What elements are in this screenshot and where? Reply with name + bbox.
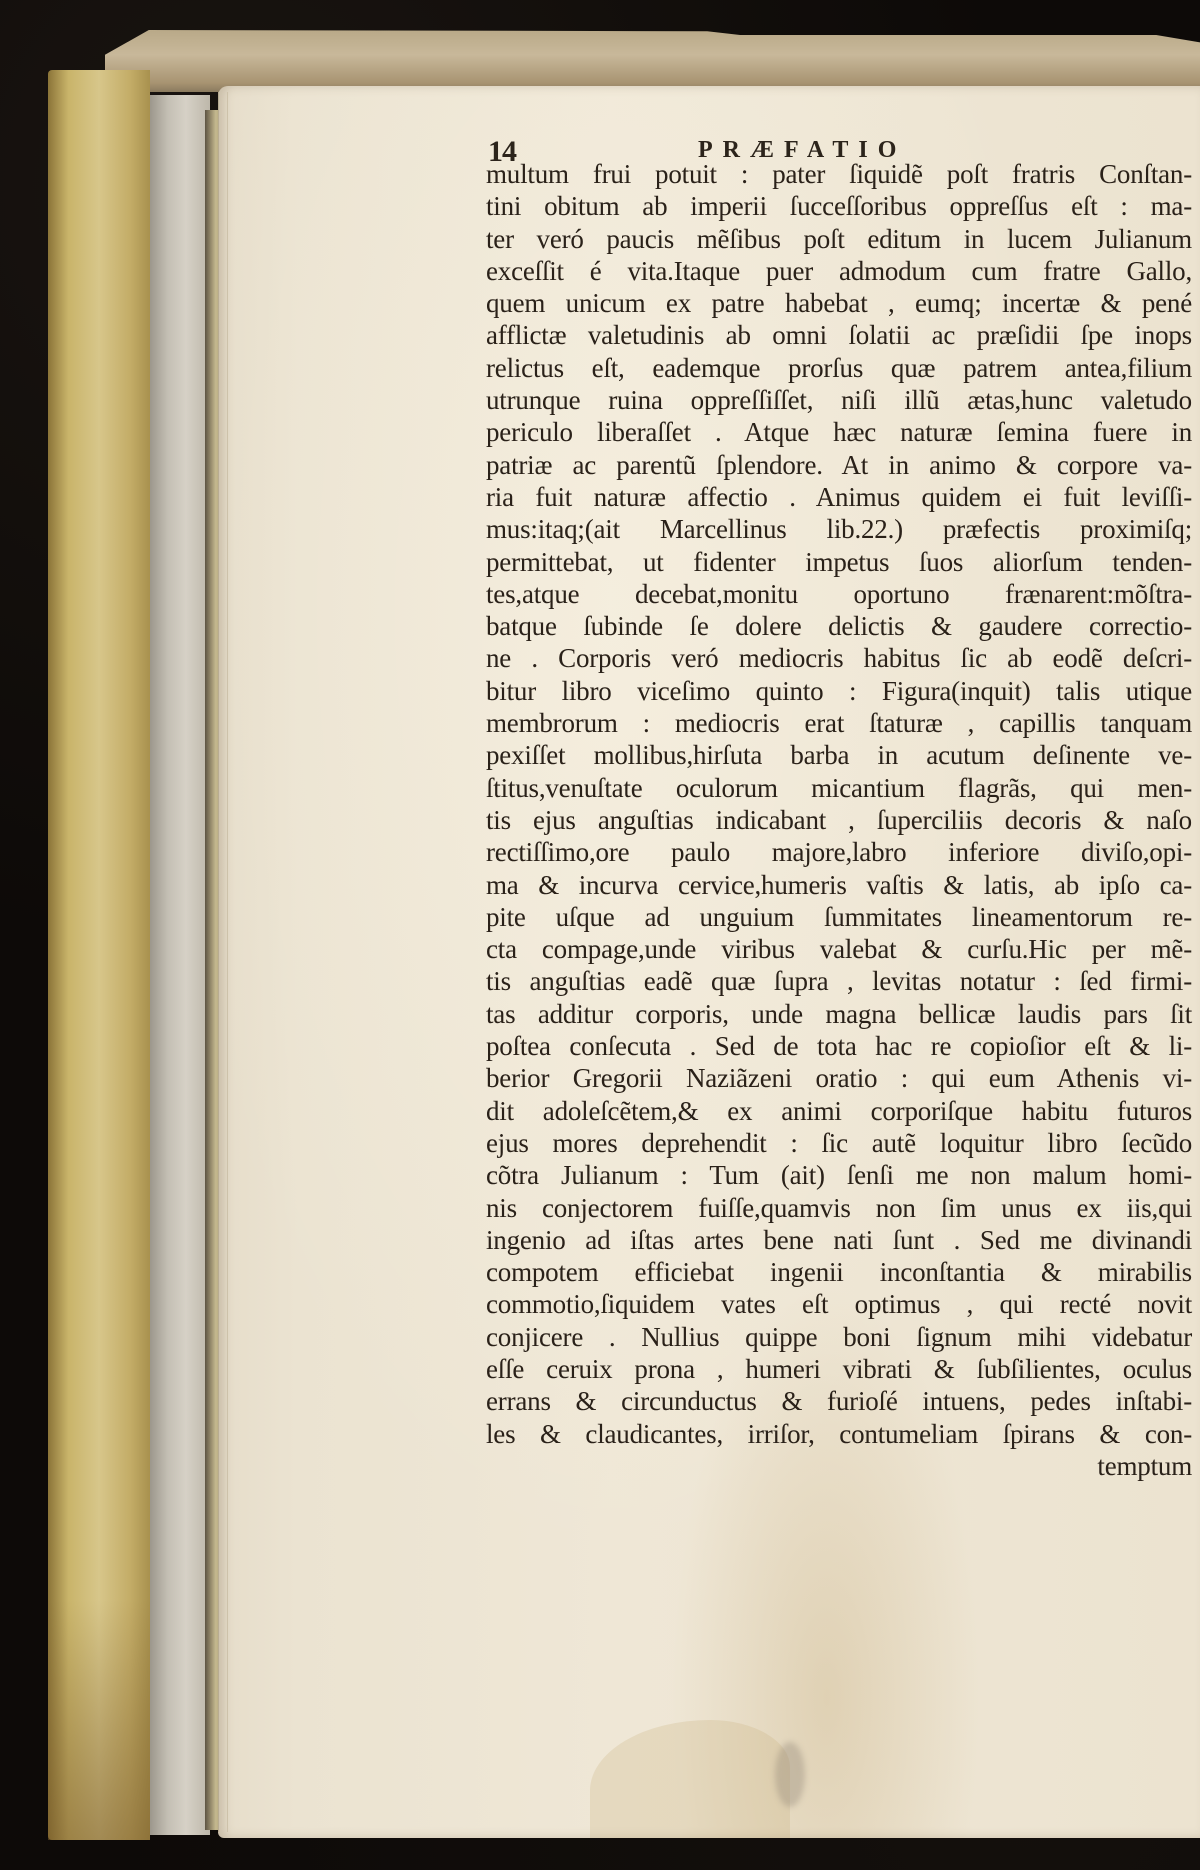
text-line: batque ſubinde ſe dolere delictis & gaud… — [486, 610, 1192, 642]
text-line: tas additur corporis, unde magna bellicæ… — [486, 998, 1192, 1030]
text-line: compotem efficiebat ingenii inconſtantia… — [486, 1256, 1192, 1288]
binding-pastedown-strip — [150, 95, 210, 1835]
text-line: ſtitus,venuſtate oculorum micantium flag… — [486, 772, 1192, 804]
text-line: les & claudicantes, irriſor, contumeliam… — [486, 1418, 1192, 1450]
text-line: patriæ ac parentũ ſplendore. At in animo… — [486, 449, 1192, 481]
text-line: berior Gregorii Naziãzeni oratio : qui e… — [486, 1062, 1192, 1094]
text-line: nis conjectorem fuiſſe,quamvis non ſim u… — [486, 1192, 1192, 1224]
text-line: pite uſque ad unguium ſummitates lineame… — [486, 901, 1192, 933]
text-line: cta compage,unde viribus valebat & curſu… — [486, 933, 1192, 965]
text-line: ter veró paucis mẽſibus poſt editum in l… — [486, 223, 1192, 255]
text-line: afflictæ valetudinis ab omni ſolatii ac … — [486, 319, 1192, 351]
text-line: membrorum : mediocris erat ſtaturæ , cap… — [486, 707, 1192, 739]
text-line: rectiſſimo,ore paulo majore,labro inferi… — [486, 836, 1192, 868]
text-line: ingenio ad iſtas artes bene nati ſunt . … — [486, 1224, 1192, 1256]
vellum-binding-top-fold — [105, 30, 1200, 92]
text-line: poſtea conſecuta . Sed de tota hac re co… — [486, 1030, 1192, 1062]
text-line: tis ejus anguſtias indicabant , ſupercil… — [486, 804, 1192, 836]
text-line: periculo liberaſſet . Atque hæc naturæ ſ… — [486, 416, 1192, 448]
text-line: eſſe ceruix prona , humeri vibrati & ſub… — [486, 1353, 1192, 1385]
text-line: pexiſſet mollibus,hirſuta barba in acutu… — [486, 739, 1192, 771]
text-line: relictus eſt, eademque prorſus quæ patre… — [486, 352, 1192, 384]
text-line: mus:itaq;(ait Marcellinus lib.22.) præfe… — [486, 513, 1192, 545]
vellum-binding-spine — [48, 70, 150, 1840]
catchword: temptum — [486, 1450, 1192, 1482]
text-line: cõtra Julianum : Tum (ait) ſenſi me non … — [486, 1159, 1192, 1191]
text-line: ria fuit naturæ affectio . Animus quidem… — [486, 481, 1192, 513]
text-line: errans & circunductus & furioſé intuens,… — [486, 1385, 1192, 1417]
text-line: commotio,ſiquidem vates eſt optimus , qu… — [486, 1288, 1192, 1320]
page-edge-lines — [218, 92, 228, 1832]
text-line: tes,atque decebat,monitu oportuno frænar… — [486, 578, 1192, 610]
text-line: permittebat, ut fidenter impetus ſuos al… — [486, 546, 1192, 578]
text-line: ne . Corporis veró mediocris habitus ſic… — [486, 642, 1192, 674]
text-line: conjicere . Nullius quippe boni ſignum m… — [486, 1321, 1192, 1353]
text-line: utrunque ruina oppreſſiſſet, niſi illũ æ… — [486, 384, 1192, 416]
grey-stain — [775, 1742, 805, 1807]
text-line: ejus mores deprehendit : ſic autẽ loquit… — [486, 1127, 1192, 1159]
text-line: exceſſit é vita.Itaque puer admodum cum … — [486, 255, 1192, 287]
water-stain — [590, 1720, 790, 1838]
text-line: tini obitum ab imperii ſucceſſoribus opp… — [486, 190, 1192, 222]
text-line: multum frui potuit : pater ſiquidẽ poſt … — [486, 158, 1192, 190]
text-line: bitur libro viceſimo quinto : Figura(inq… — [486, 675, 1192, 707]
text-line: quem unicum ex patre habebat , eumq; inc… — [486, 287, 1192, 319]
body-text: multum frui potuit : pater ſiquidẽ poſt … — [486, 158, 1192, 1482]
text-line: ma & incurva cervice,humeris vaſtis & la… — [486, 869, 1192, 901]
text-line: tis anguſtias eadẽ quæ ſupra , levitas n… — [486, 965, 1192, 997]
text-line: dit adoleſcẽtem,& ex animi corporiſque h… — [486, 1095, 1192, 1127]
